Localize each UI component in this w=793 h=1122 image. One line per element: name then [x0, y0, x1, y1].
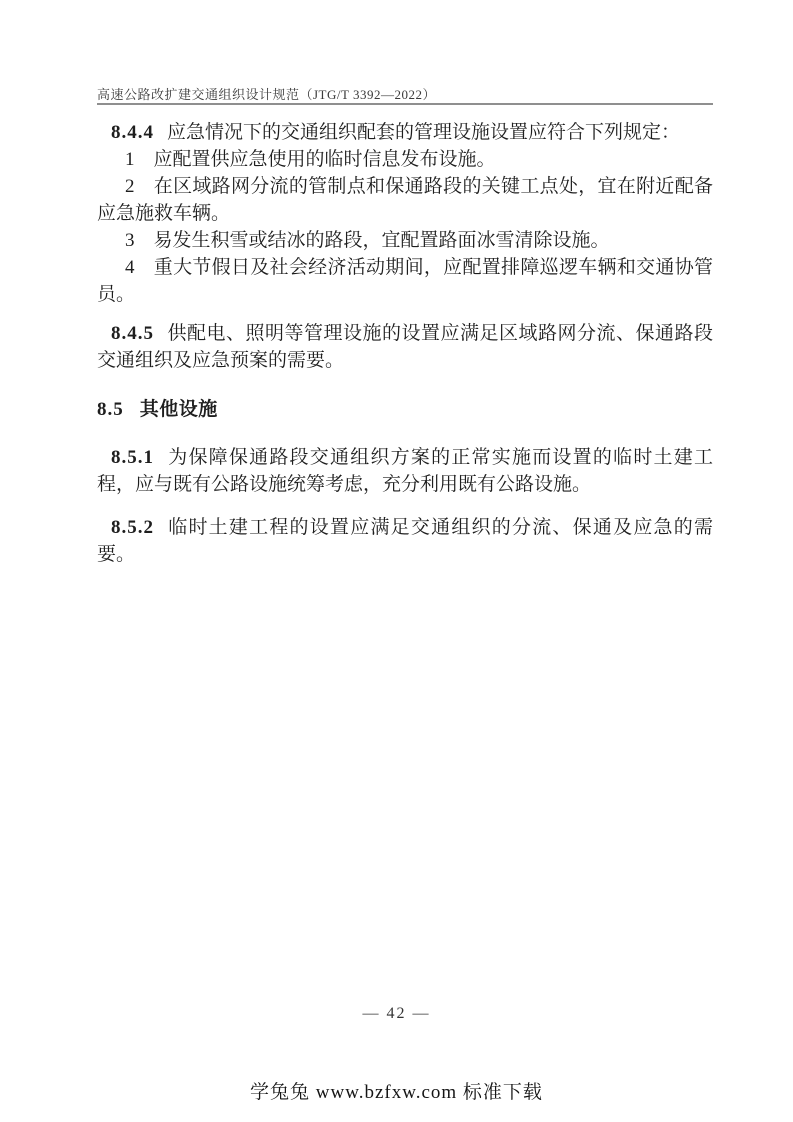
list-item-text: 易发生积雪或结冰的路段，宜配置路面冰雪清除设施。: [154, 230, 610, 251]
list-item-number: 1: [125, 149, 154, 170]
list-item-text: 应配置供应急使用的临时信息发布设施。: [154, 149, 496, 170]
clause-text: 为保障保通路段交通组织方案的正常实施而设置的临时土建工程，应与既有公路设施统筹考…: [97, 447, 713, 495]
clause-number: 8.4.5: [111, 323, 167, 344]
clause-number: 8.5.1: [111, 447, 167, 468]
clause-number: 8.5.2: [111, 517, 167, 538]
header-rule: [97, 103, 713, 105]
section-title: 其他设施: [140, 399, 218, 420]
list-item-number: 3: [125, 230, 154, 251]
clause-8-4-4: 8.4.4应急情况下的交通组织配套的管理设施设置应符合下列规定：: [97, 119, 713, 146]
list-item-number: 2: [125, 176, 154, 197]
list-item-text: 重大节假日及社会经济活动期间，应配置排障巡逻车辆和交通协管员。: [97, 257, 713, 305]
document-page: 高速公路改扩建交通组织设计规范（JTG/T 3392—2022） 8.4.4应急…: [0, 0, 793, 1122]
clause-8-5-1: 8.5.1为保障保通路段交通组织方案的正常实施而设置的临时土建工程，应与既有公路…: [97, 444, 713, 498]
clause-text: 供配电、照明等管理设施的设置应满足区域路网分流、保通路段交通组织及应急预案的需要…: [97, 323, 713, 371]
clause-text: 应急情况下的交通组织配套的管理设施设置应符合下列规定：: [167, 122, 680, 143]
running-header-title: 高速公路改扩建交通组织设计规范（JTG/T 3392—2022）: [97, 84, 436, 103]
section-heading-8-5: 8.5其他设施: [97, 396, 713, 423]
document-body: 8.4.4应急情况下的交通组织配套的管理设施设置应符合下列规定： 1应配置供应急…: [97, 119, 713, 568]
clause-8-5-2: 8.5.2临时土建工程的设置应满足交通组织的分流、保通及应急的需要。: [97, 514, 713, 568]
clause-text: 临时土建工程的设置应满足交通组织的分流、保通及应急的需要。: [97, 517, 713, 565]
section-number: 8.5: [97, 399, 140, 420]
list-item-1: 1应配置供应急使用的临时信息发布设施。: [97, 146, 713, 173]
list-item-number: 4: [125, 257, 154, 278]
list-item-3: 3易发生积雪或结冰的路段，宜配置路面冰雪清除设施。: [97, 227, 713, 254]
clause-8-4-5: 8.4.5供配电、照明等管理设施的设置应满足区域路网分流、保通路段交通组织及应急…: [97, 320, 713, 374]
list-item-text: 在区域路网分流的管制点和保通路段的关键工点处，宜在附近配备应急施救车辆。: [97, 176, 713, 224]
watermark-text: 学兔兔 www.bzfxw.com 标准下载: [0, 1077, 793, 1104]
page-number: — 42 —: [0, 1005, 793, 1023]
clause-number: 8.4.4: [111, 122, 167, 143]
list-item-2: 2在区域路网分流的管制点和保通路段的关键工点处，宜在附近配备应急施救车辆。: [97, 173, 713, 227]
list-item-4: 4重大节假日及社会经济活动期间，应配置排障巡逻车辆和交通协管员。: [97, 254, 713, 308]
